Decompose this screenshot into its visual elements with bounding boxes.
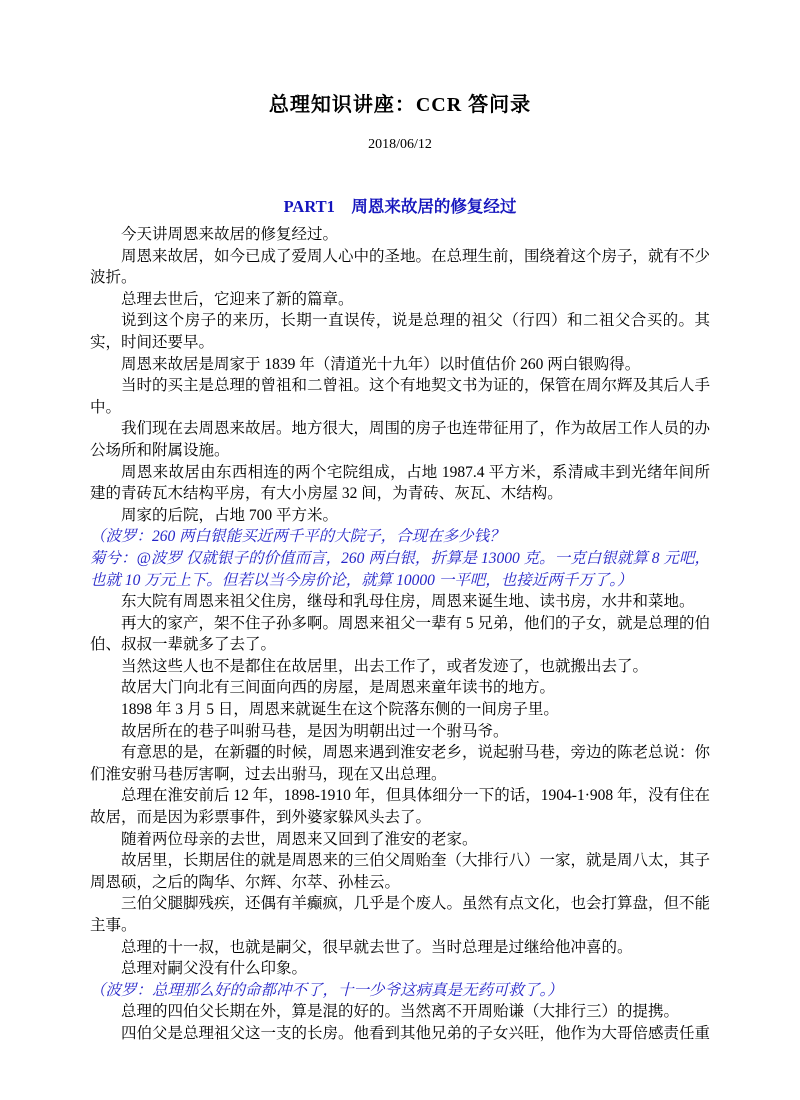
body-paragraph: 总理的十一叔，也就是嗣父，很早就去世了。当时总理是过继给他冲喜的。: [90, 937, 710, 959]
body-paragraph: 总理在淮安前后 12 年，1898-1910 年，但具体细分一下的话，1904-…: [90, 785, 710, 828]
body-paragraph: 故居里，长期居住的就是周恩来的三伯父周贻奎（大排行八）一家，就是周八太，其子周恩…: [90, 850, 710, 893]
body-paragraph: 今天讲周恩来故居的修复经过。: [90, 224, 710, 246]
body-paragraph: 四伯父是总理祖父这一支的长房。他看到其他兄弟的子女兴旺，他作为大哥倍感责任重: [90, 1023, 710, 1045]
body-paragraph: 随着两位母亲的去世，周恩来又回到了淮安的老家。: [90, 829, 710, 851]
body-paragraph: 当时的买主是总理的曾祖和二曾祖。这个有地契文书为证的，保管在周尔辉及其后人手中。: [90, 375, 710, 418]
commentary-paragraph: （波罗：总理那么好的命都冲不了，十一少爷这病真是无药可救了。）: [90, 980, 710, 1002]
body-paragraph: 我们现在去周恩来故居。地方很大，周围的房子也连带征用了，作为故居工作人员的办公场…: [90, 418, 710, 461]
body-paragraph: 东大院有周恩来祖父住房，继母和乳母住房，周恩来诞生地、读书房，水井和菜地。: [90, 591, 710, 613]
body-paragraph: 周恩来故居由东西相连的两个宅院组成，占地 1987.4 平方米，系清咸丰到光绪年…: [90, 462, 710, 505]
document-title: 总理知识讲座：CCR 答问录: [90, 92, 710, 118]
body-paragraph: 有意思的是，在新疆的时候，周恩来遇到淮安老乡，说起驸马巷，旁边的陈老总说：你们淮…: [90, 742, 710, 785]
body-paragraph: 故居所在的巷子叫驸马巷，是因为明朝出过一个驸马爷。: [90, 721, 710, 743]
document-date: 2018/06/12: [90, 135, 710, 154]
body-paragraph: 故居大门向北有三间面向西的房屋，是周恩来童年读书的地方。: [90, 677, 710, 699]
body-paragraph: 再大的家产，架不住子孙多啊。周恩来祖父一辈有 5 兄弟，他们的子女，就是总理的伯…: [90, 613, 710, 656]
body-paragraph: 总理的四伯父长期在外，算是混的好的。当然离不开周贻谦（大排行三）的提携。: [90, 1001, 710, 1023]
commentary-paragraph: （波罗：260 两白银能买近两千平的大院子，合现在多少钱？: [90, 526, 710, 548]
body-paragraph: 周恩来故居，如今已成了爱周人心中的圣地。在总理生前，围绕着这个房子，就有不少波折…: [90, 246, 710, 289]
document-page: 总理知识讲座：CCR 答问录 2018/06/12 PART1 周恩来故居的修复…: [0, 0, 800, 1100]
body-paragraph: 三伯父腿脚残疾，还偶有羊癫疯，几乎是个废人。虽然有点文化，也会打算盘，但不能主事…: [90, 893, 710, 936]
body-paragraph: 总理对嗣父没有什么印象。: [90, 958, 710, 980]
body-paragraph: 当然这些人也不是都住在故居里，出去工作了，或者发迹了，也就搬出去了。: [90, 656, 710, 678]
body-paragraph: 1898 年 3 月 5 日，周恩来就诞生在这个院落东侧的一间房子里。: [90, 699, 710, 721]
body-paragraph: 周恩来故居是周家于 1839 年（清道光十九年）以时值估价 260 两白银购得。: [90, 354, 710, 376]
section-heading-part1: PART1 周恩来故居的修复经过: [90, 196, 710, 218]
document-body: 今天讲周恩来故居的修复经过。周恩来故居，如今已成了爱周人心中的圣地。在总理生前，…: [90, 224, 710, 1045]
body-paragraph: 总理去世后，它迎来了新的篇章。: [90, 289, 710, 311]
body-paragraph: 周家的后院，占地 700 平方米。: [90, 505, 710, 527]
commentary-paragraph: 菊兮：@波罗 仅就银子的价值而言，260 两白银，折算是 13000 克。一克白…: [90, 548, 710, 591]
body-paragraph: 说到这个房子的来历，长期一直误传，说是总理的祖父（行四）和二祖父合买的。其实，时…: [90, 310, 710, 353]
